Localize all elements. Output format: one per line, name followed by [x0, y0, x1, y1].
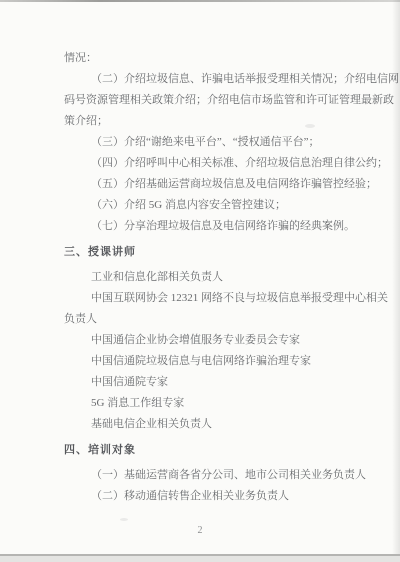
document-line: （六）介绍 5G 消息内容安全管控建议；: [64, 195, 388, 216]
document-line: 负责人: [64, 309, 388, 330]
document-line: 基础电信企业相关负责人: [64, 414, 388, 435]
document-line: 策介绍；: [64, 111, 388, 132]
document-content: 情况： （二）介绍垃圾信息、诈骗电话举报受理相关情况；介绍电信网 码号资源管理相…: [64, 48, 388, 507]
document-line: （五）介绍基础运营商垃圾信息及电信网络诈骗管控经验；: [64, 174, 388, 195]
document-line: 工业和信息化部相关负责人: [64, 267, 388, 288]
document-line: （一）基础运营商各省分公司、地市公司相关业务负责人: [64, 465, 388, 486]
section-heading-lecturers: 三、授课讲师: [64, 242, 388, 263]
scan-smudge: [120, 518, 128, 521]
page-number: 2: [0, 525, 400, 536]
document-line: （二）介绍垃圾信息、诈骗电话举报受理相关情况；介绍电信网: [64, 69, 388, 90]
section-heading-trainees: 四、培训对象: [64, 440, 388, 461]
document-line: 5G 消息工作组专家: [64, 393, 388, 414]
document-line: 情况：: [64, 48, 388, 69]
document-line: （三）介绍“谢绝来电平台”、“授权通信平台”；: [64, 132, 388, 153]
scan-top-edge: [0, 0, 400, 2]
scan-bottom-edge: [0, 554, 400, 562]
scan-right-shadow: [392, 0, 400, 562]
document-line: （七）分享治理垃圾信息及电信网络诈骗的经典案例。: [64, 216, 388, 237]
document-line: 中国通信企业协会增值服务专业委员会专家: [64, 330, 388, 351]
scanned-document-page: 情况： （二）介绍垃圾信息、诈骗电话举报受理相关情况；介绍电信网 码号资源管理相…: [0, 0, 400, 562]
scan-smudge: [305, 124, 315, 128]
document-line: 中国信通院垃圾信息与电信网络诈骗治理专家: [64, 351, 388, 372]
document-line: 中国互联网协会 12321 网络不良与垃圾信息举报受理中心相关: [64, 288, 388, 309]
document-line: 码号资源管理相关政策介绍；介绍电信市场监管和许可证管理最新政: [64, 90, 388, 111]
document-line: （四）介绍呼叫中心相关标准、介绍垃圾信息治理自律公约；: [64, 153, 388, 174]
document-line: （二）移动通信转售企业相关业务负责人: [64, 486, 388, 507]
document-line: 中国信通院专家: [64, 372, 388, 393]
